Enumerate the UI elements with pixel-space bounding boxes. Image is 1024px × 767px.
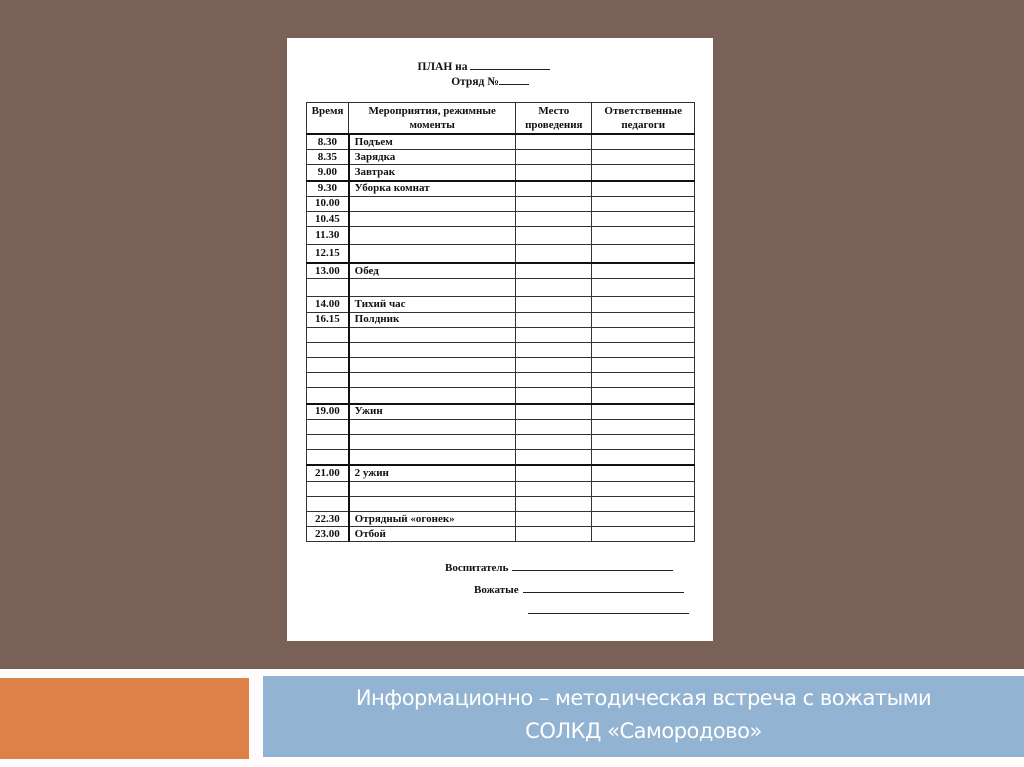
activity-cell bbox=[349, 342, 516, 357]
time-cell: 16.15 bbox=[307, 312, 349, 327]
time-cell bbox=[307, 342, 349, 357]
responsible-cell bbox=[592, 435, 695, 450]
responsible-cell bbox=[592, 165, 695, 181]
responsible-cell bbox=[592, 450, 695, 466]
document-page: ПЛАН на Отряд № Время Мероприятия, режим… bbox=[287, 38, 713, 641]
table-row: 21.002 ужин bbox=[307, 465, 695, 481]
time-cell: 11.30 bbox=[307, 227, 349, 245]
table-row: 14.00Тихий час bbox=[307, 297, 695, 312]
responsible-cell bbox=[592, 527, 695, 542]
responsible-cell bbox=[592, 150, 695, 165]
educator-signature: Воспитатель bbox=[445, 560, 673, 574]
squad-title-text: Отряд № bbox=[451, 76, 499, 88]
table-row bbox=[307, 496, 695, 511]
responsible-cell bbox=[592, 373, 695, 388]
time-cell: 13.00 bbox=[307, 263, 349, 279]
responsible-cell bbox=[592, 419, 695, 434]
responsible-cell bbox=[592, 279, 695, 297]
activity-cell bbox=[349, 245, 516, 264]
activity-cell bbox=[349, 373, 516, 388]
place-cell bbox=[516, 279, 592, 297]
activity-cell bbox=[349, 227, 516, 245]
table-row bbox=[307, 435, 695, 450]
table-row: 12.15 bbox=[307, 245, 695, 264]
activity-cell: Обед bbox=[349, 263, 516, 279]
responsible-cell bbox=[592, 297, 695, 312]
activity-cell bbox=[349, 450, 516, 466]
table-row bbox=[307, 342, 695, 357]
time-cell bbox=[307, 450, 349, 466]
responsible-cell bbox=[592, 211, 695, 226]
time-cell: 9.00 bbox=[307, 165, 349, 181]
table-row: 23.00Отбой bbox=[307, 527, 695, 542]
table-row bbox=[307, 358, 695, 373]
educator-label: Воспитатель bbox=[445, 562, 508, 574]
time-cell: 10.00 bbox=[307, 196, 349, 211]
time-cell bbox=[307, 373, 349, 388]
table-row: 11.30 bbox=[307, 227, 695, 245]
activity-cell: Отбой bbox=[349, 527, 516, 542]
place-cell bbox=[516, 245, 592, 264]
table-row: 10.45 bbox=[307, 211, 695, 226]
plan-title: ПЛАН на bbox=[271, 60, 697, 73]
table-row: 16.15Полдник bbox=[307, 312, 695, 327]
plan-title-text: ПЛАН на bbox=[418, 61, 468, 73]
responsible-cell bbox=[592, 327, 695, 342]
activity-cell bbox=[349, 481, 516, 496]
responsible-cell bbox=[592, 358, 695, 373]
time-cell bbox=[307, 279, 349, 297]
activity-cell: Полдник bbox=[349, 312, 516, 327]
activity-cell: Завтрак bbox=[349, 165, 516, 181]
activity-cell bbox=[349, 279, 516, 297]
time-cell: 21.00 bbox=[307, 465, 349, 481]
activity-cell bbox=[349, 196, 516, 211]
time-cell bbox=[307, 358, 349, 373]
activity-cell: Подъем bbox=[349, 134, 516, 150]
table-row bbox=[307, 481, 695, 496]
counselors-signature-extra bbox=[524, 603, 689, 617]
time-cell: 8.35 bbox=[307, 150, 349, 165]
table-row bbox=[307, 327, 695, 342]
place-cell bbox=[516, 481, 592, 496]
accent-block bbox=[0, 678, 249, 759]
responsible-cell bbox=[592, 388, 695, 404]
counselors-label: Вожатые bbox=[474, 584, 519, 596]
activity-cell: Уборка комнат bbox=[349, 181, 516, 197]
counselors-signature-line-1 bbox=[523, 582, 684, 593]
time-cell: 10.45 bbox=[307, 211, 349, 226]
responsible-cell bbox=[592, 511, 695, 526]
responsible-cell bbox=[592, 245, 695, 264]
place-cell bbox=[516, 342, 592, 357]
activity-cell bbox=[349, 496, 516, 511]
activity-cell: Отрядный «огонек» bbox=[349, 511, 516, 526]
place-cell bbox=[516, 227, 592, 245]
responsible-cell bbox=[592, 312, 695, 327]
time-cell bbox=[307, 435, 349, 450]
counselors-signature: Вожатые bbox=[474, 582, 684, 596]
place-cell bbox=[516, 511, 592, 526]
activity-cell: Зарядка bbox=[349, 150, 516, 165]
time-cell: 12.15 bbox=[307, 245, 349, 264]
place-cell bbox=[516, 450, 592, 466]
caption-line-1: Информационно – методическая встреча с в… bbox=[263, 682, 1024, 715]
activity-cell: Ужин bbox=[349, 404, 516, 420]
caption-line-2: СОЛКД «Самородово» bbox=[263, 715, 1024, 748]
time-cell: 14.00 bbox=[307, 297, 349, 312]
responsible-cell bbox=[592, 342, 695, 357]
date-blank-field bbox=[470, 60, 550, 70]
table-row bbox=[307, 419, 695, 434]
activity-cell bbox=[349, 327, 516, 342]
time-cell bbox=[307, 327, 349, 342]
time-cell: 9.30 bbox=[307, 181, 349, 197]
header-activity: Мероприятия, режимные моменты bbox=[349, 103, 516, 135]
place-cell bbox=[516, 263, 592, 279]
place-cell bbox=[516, 496, 592, 511]
time-cell: 8.30 bbox=[307, 134, 349, 150]
place-cell bbox=[516, 373, 592, 388]
table-row bbox=[307, 450, 695, 466]
responsible-cell bbox=[592, 496, 695, 511]
place-cell bbox=[516, 358, 592, 373]
slide-caption: Информационно – методическая встреча с в… bbox=[263, 676, 1024, 757]
place-cell bbox=[516, 388, 592, 404]
time-cell: 19.00 bbox=[307, 404, 349, 420]
place-cell bbox=[516, 435, 592, 450]
activity-cell bbox=[349, 388, 516, 404]
time-cell bbox=[307, 419, 349, 434]
educator-signature-line bbox=[512, 560, 673, 571]
responsible-cell bbox=[592, 196, 695, 211]
table-row: 8.30Подъем bbox=[307, 134, 695, 150]
place-cell bbox=[516, 181, 592, 197]
place-cell bbox=[516, 465, 592, 481]
header-place: Место проведения bbox=[516, 103, 592, 135]
place-cell bbox=[516, 150, 592, 165]
activity-cell: Тихий час bbox=[349, 297, 516, 312]
activity-cell bbox=[349, 435, 516, 450]
table-row bbox=[307, 388, 695, 404]
table-row bbox=[307, 373, 695, 388]
place-cell bbox=[516, 211, 592, 226]
table-header-row: Время Мероприятия, режимные моменты Мест… bbox=[307, 103, 695, 135]
table-row: 8.35Зарядка bbox=[307, 150, 695, 165]
place-cell bbox=[516, 527, 592, 542]
table-row: 9.30Уборка комнат bbox=[307, 181, 695, 197]
place-cell bbox=[516, 327, 592, 342]
time-cell: 23.00 bbox=[307, 527, 349, 542]
squad-title: Отряд № bbox=[277, 75, 703, 88]
responsible-cell bbox=[592, 481, 695, 496]
place-cell bbox=[516, 404, 592, 420]
header-time: Время bbox=[307, 103, 349, 135]
place-cell bbox=[516, 297, 592, 312]
responsible-cell bbox=[592, 465, 695, 481]
slide-background: ПЛАН на Отряд № Время Мероприятия, режим… bbox=[0, 0, 1024, 669]
table-row bbox=[307, 279, 695, 297]
responsible-cell bbox=[592, 134, 695, 150]
place-cell bbox=[516, 196, 592, 211]
counselors-signature-line-2 bbox=[528, 603, 689, 614]
responsible-cell bbox=[592, 227, 695, 245]
time-cell bbox=[307, 388, 349, 404]
table-row: 13.00Обед bbox=[307, 263, 695, 279]
place-cell bbox=[516, 419, 592, 434]
header-responsible: Ответственные педагоги bbox=[592, 103, 695, 135]
place-cell bbox=[516, 165, 592, 181]
activity-cell bbox=[349, 419, 516, 434]
activity-cell bbox=[349, 358, 516, 373]
place-cell bbox=[516, 312, 592, 327]
place-cell bbox=[516, 134, 592, 150]
time-cell bbox=[307, 496, 349, 511]
responsible-cell bbox=[592, 181, 695, 197]
table-row: 19.00Ужин bbox=[307, 404, 695, 420]
table-row: 22.30Отрядный «огонек» bbox=[307, 511, 695, 526]
responsible-cell bbox=[592, 263, 695, 279]
schedule-table: Время Мероприятия, режимные моменты Мест… bbox=[306, 102, 695, 542]
activity-cell bbox=[349, 211, 516, 226]
time-cell: 22.30 bbox=[307, 511, 349, 526]
activity-cell: 2 ужин bbox=[349, 465, 516, 481]
time-cell bbox=[307, 481, 349, 496]
squad-number-blank-field bbox=[499, 75, 529, 85]
table-row: 9.00Завтрак bbox=[307, 165, 695, 181]
responsible-cell bbox=[592, 404, 695, 420]
table-row: 10.00 bbox=[307, 196, 695, 211]
